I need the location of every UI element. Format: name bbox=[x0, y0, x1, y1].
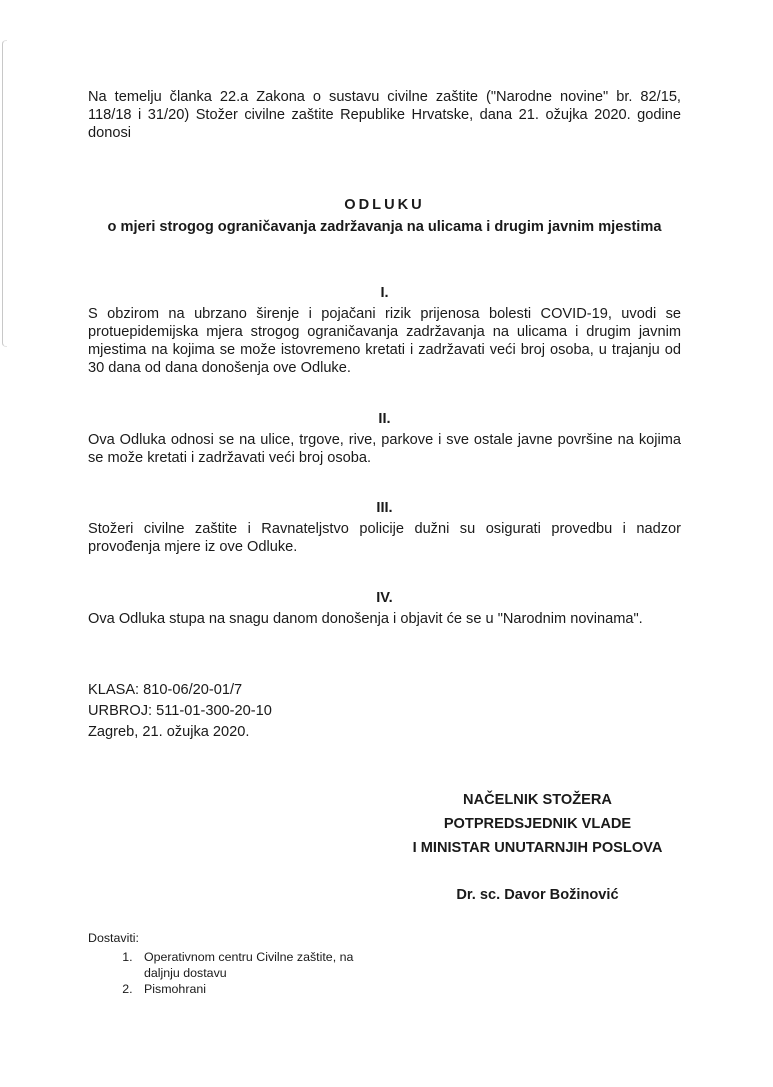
document-title: ODLUKU bbox=[88, 196, 681, 214]
section-heading: I. bbox=[88, 284, 681, 302]
delivery-item: Pismohrani bbox=[136, 981, 359, 997]
document-subtitle: o mjeri strogog ograničavanja zadržavanj… bbox=[88, 218, 681, 236]
signature-title-3: I MINISTAR UNUTARNJIH POSLOVA bbox=[395, 836, 680, 860]
section-heading: III. bbox=[88, 499, 681, 517]
section-1: I. S obzirom na ubrzano širenje i pojača… bbox=[88, 284, 681, 377]
delivery-item-text: Operativnom centru Civilne zaštite, na d… bbox=[144, 950, 353, 980]
delivery-item: Operativnom centru Civilne zaštite, na d… bbox=[136, 949, 359, 981]
signature-title-1: NAČELNIK STOŽERA bbox=[395, 788, 680, 812]
section-text: S obzirom na ubrzano širenje i pojačani … bbox=[88, 305, 681, 377]
page-edge-border bbox=[2, 40, 7, 347]
preamble: Na temelju članka 22.a Zakona o sustavu … bbox=[88, 88, 681, 142]
section-text: Stožeri civilne zaštite i Ravnateljstvo … bbox=[88, 520, 681, 556]
klasa: KLASA: 810-06/20-01/7 bbox=[88, 680, 681, 701]
place-date: Zagreb, 21. ožujka 2020. bbox=[88, 722, 681, 743]
section-3: III. Stožeri civilne zaštite i Ravnatelj… bbox=[88, 499, 681, 556]
title-block: ODLUKU o mjeri strogog ograničavanja zad… bbox=[88, 196, 681, 236]
delivery-item-text: Pismohrani bbox=[144, 982, 206, 996]
delivery-list: Dostaviti: Operativnom centru Civilne za… bbox=[88, 930, 359, 997]
delivery-items: Operativnom centru Civilne zaštite, na d… bbox=[88, 949, 359, 997]
section-heading: IV. bbox=[88, 589, 681, 607]
signature-title-2: POTPREDSJEDNIK VLADE bbox=[395, 812, 680, 836]
section-4: IV. Ova Odluka stupa na snagu danom dono… bbox=[88, 589, 681, 628]
section-text: Ova Odluka stupa na snagu danom donošenj… bbox=[88, 610, 681, 628]
signature-block: NAČELNIK STOŽERA POTPREDSJEDNIK VLADE I … bbox=[395, 788, 680, 907]
section-text: Ova Odluka odnosi se na ulice, trgove, r… bbox=[88, 431, 681, 467]
document-meta: KLASA: 810-06/20-01/7 URBROJ: 511-01-300… bbox=[88, 680, 681, 743]
signatory-name: Dr. sc. Davor Božinović bbox=[395, 883, 680, 907]
section-heading: II. bbox=[88, 410, 681, 428]
delivery-label: Dostaviti: bbox=[88, 930, 359, 946]
urbroj: URBROJ: 511-01-300-20-10 bbox=[88, 701, 681, 722]
section-2: II. Ova Odluka odnosi se na ulice, trgov… bbox=[88, 410, 681, 467]
document-page: Na temelju članka 22.a Zakona o sustavu … bbox=[88, 88, 681, 743]
